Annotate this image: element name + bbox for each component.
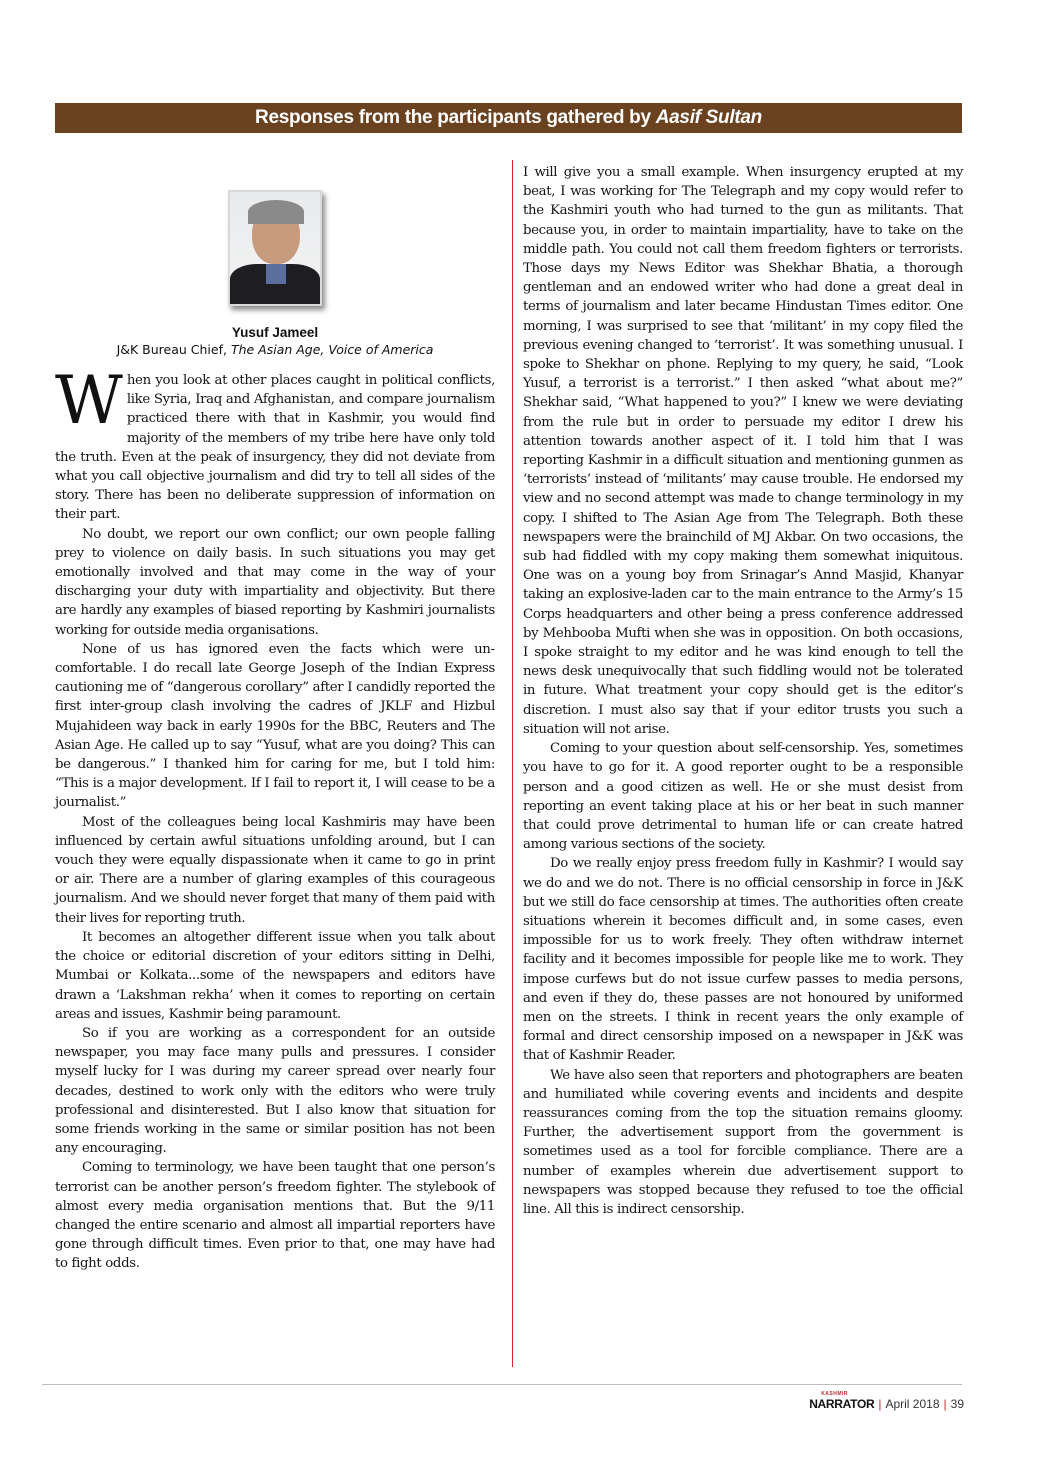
paragraph: None of us has ignored even the facts wh… <box>55 640 495 813</box>
paragraph: Do we really enjoy press freedom fully i… <box>523 854 963 1065</box>
page-footer: KASHMIR NARRATOR | April 2018 | 39 <box>809 1397 964 1411</box>
participant-name: Yusuf Jameel <box>55 325 495 340</box>
separator: | <box>944 1397 947 1411</box>
section-banner: Responses from the participants gathered… <box>55 103 962 133</box>
issue-date: April 2018 <box>885 1397 939 1411</box>
footer-divider <box>42 1384 962 1385</box>
article-text-right: I will give you a small example. When in… <box>523 163 963 1219</box>
page-number: 39 <box>951 1397 964 1411</box>
left-column: Yusuf Jameel J&K Bureau Chief, The Asian… <box>55 160 495 1274</box>
paragraph: It becomes an altogether different issue… <box>55 928 495 1024</box>
right-column: I will give you a small example. When in… <box>523 163 963 1219</box>
paragraph: Coming to terminology, we have been taug… <box>55 1158 495 1273</box>
paragraph: I will give you a small example. When in… <box>523 163 963 739</box>
banner-author: Aasif Sultan <box>656 107 762 128</box>
drop-cap: W <box>55 373 121 429</box>
profile-photo-wrap <box>55 190 495 311</box>
column-divider <box>512 160 513 1367</box>
paragraph: No doubt, we report our own conflict; ou… <box>55 525 495 640</box>
participant-role: J&K Bureau Chief, The Asian Age, Voice o… <box>55 342 495 357</box>
article-text-left: When you look at other places caught in … <box>55 371 495 1274</box>
paragraph: Most of the colleagues being local Kashm… <box>55 813 495 928</box>
paragraph: When you look at other places caught in … <box>55 371 495 525</box>
paragraph: We have also seen that reporters and pho… <box>523 1066 963 1220</box>
publication-logo: KASHMIR NARRATOR <box>809 1397 874 1411</box>
separator: | <box>878 1397 881 1411</box>
portrait-photo <box>228 190 322 306</box>
paragraph: Coming to your question about self-censo… <box>523 739 963 854</box>
banner-text: Responses from the participants gathered… <box>255 107 656 128</box>
paragraph: So if you are working as a correspondent… <box>55 1024 495 1158</box>
